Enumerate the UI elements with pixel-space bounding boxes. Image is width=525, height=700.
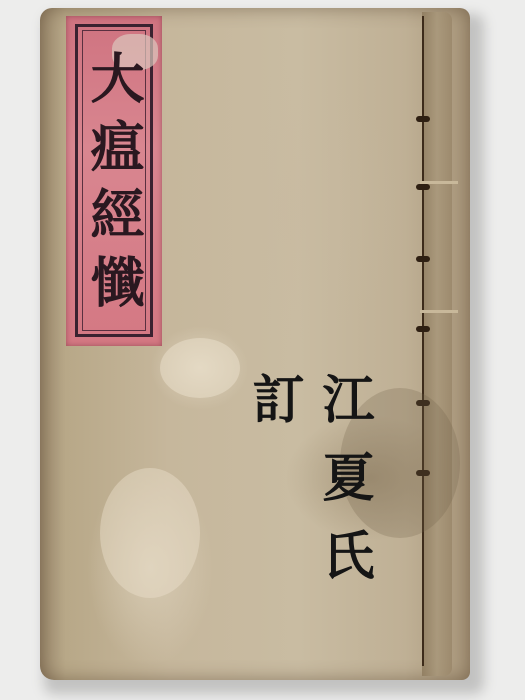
thread-tie <box>420 181 458 184</box>
stitch-hole <box>416 256 430 262</box>
worn-patch <box>160 338 240 398</box>
book-cover: 大瘟經懺 江夏氏訂 <box>40 8 470 680</box>
stitch-hole <box>416 116 430 122</box>
binding-thread <box>422 16 424 666</box>
stitch-hole <box>416 326 430 332</box>
worn-patch <box>100 468 200 598</box>
binding-spine <box>422 12 452 676</box>
handwritten-inscription: 江夏氏訂 <box>238 372 378 680</box>
thread-tie <box>420 310 458 313</box>
stitch-hole <box>416 184 430 190</box>
book-title: 大瘟經懺 <box>66 36 162 336</box>
title-label: 大瘟經懺 <box>66 16 162 346</box>
